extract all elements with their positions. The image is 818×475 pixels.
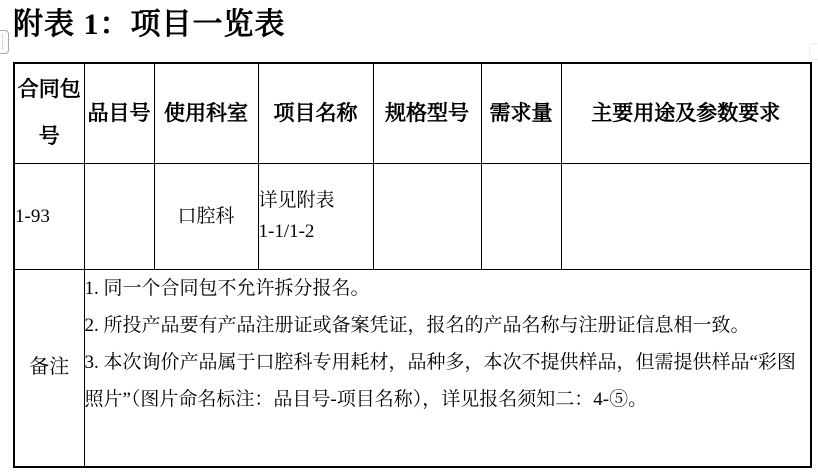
- cell-usage-params: [561, 163, 811, 269]
- header-cell-project-name: 项目名称: [258, 63, 373, 163]
- remarks-content-cell: 1. 同一个合同包不允许拆分报名。 2. 所投产品要有产品注册证或备案凭证，报名…: [84, 269, 811, 467]
- right-edge-fragment-icon: [809, 43, 818, 60]
- remarks-label-cell: 备注: [14, 269, 84, 467]
- header-cell-department: 使用科室: [154, 63, 258, 163]
- cell-spec-model: [373, 163, 481, 269]
- project-list-table: 合同包号 品目号 使用科室 项目名称 规格型号 需求量 主要用途及参数要求 1-…: [13, 62, 812, 468]
- table-remarks-row: 备注 1. 同一个合同包不允许拆分报名。 2. 所投产品要有产品注册证或备案凭证…: [14, 269, 811, 467]
- left-margin-marker-icon: [0, 30, 9, 54]
- header-cell-spec-model: 规格型号: [373, 63, 481, 163]
- header-cell-contract-package: 合同包号: [14, 63, 84, 163]
- table-header-row: 合同包号 品目号 使用科室 项目名称 规格型号 需求量 主要用途及参数要求: [14, 63, 811, 163]
- document-page: 附表 1：项目一览表 合同包号 品目号 使用科室 项目名称 规格型号 需求量 主…: [0, 0, 818, 475]
- remark-item-2: 2. 所投产品要有产品注册证或备案凭证，报名的产品名称与注册证信息相一致。: [85, 307, 811, 344]
- header-cell-usage-params: 主要用途及参数要求: [561, 63, 811, 163]
- page-title: 附表 1：项目一览表: [13, 6, 286, 44]
- cell-project-name: 详见附表 1-1/1-2: [258, 163, 373, 269]
- header-cell-item-no: 品目号: [84, 63, 154, 163]
- cell-contract-package: 1-93: [14, 163, 84, 269]
- remark-item-1: 1. 同一个合同包不允许拆分报名。: [85, 270, 811, 307]
- remark-item-3: 3. 本次询价产品属于口腔科专用耗材，品种多，本次不提供样品，但需提供样品“彩图…: [85, 344, 811, 418]
- table-data-row: 1-93 口腔科 详见附表 1-1/1-2: [14, 163, 811, 269]
- header-cell-demand-qty: 需求量: [481, 63, 561, 163]
- cell-demand-qty: [481, 163, 561, 269]
- cell-department: 口腔科: [154, 163, 258, 269]
- cell-item-no: [84, 163, 154, 269]
